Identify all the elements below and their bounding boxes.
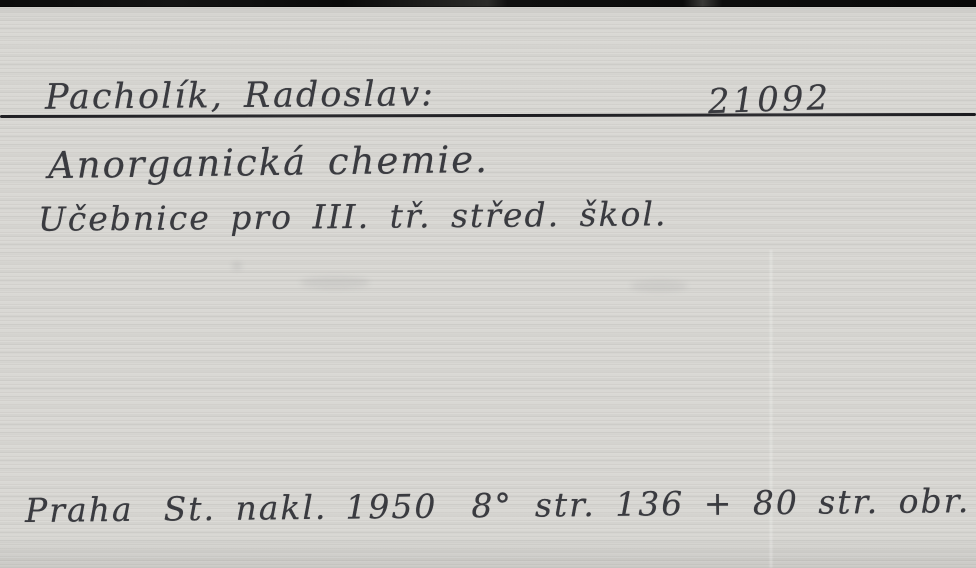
imprint-place: Praha: [25, 490, 134, 530]
imprint-pagination: str. 136 + 80 str. obr.: [535, 481, 971, 525]
book-subtitle: Učebnice pro III. tř. střed. škol.: [38, 194, 668, 238]
ghost-mark: [232, 262, 242, 270]
ghost-mark: [630, 280, 688, 292]
catalog-card: Pacholík, Radoslav: 21092 Anorganická ch…: [0, 0, 976, 568]
author-heading: Pacholík, Radoslav:: [45, 74, 435, 117]
scan-edge-top: [0, 0, 976, 7]
imprint-format: 8°: [471, 486, 513, 525]
imprint-publisher: St. nakl.: [163, 488, 327, 529]
ghost-mark: [300, 276, 370, 289]
book-title: Anorganická chemie.: [48, 138, 489, 187]
imprint-line: Praha St. nakl. 1950 8° str. 136 + 80 st…: [25, 481, 971, 530]
imprint-year: 1950: [345, 487, 437, 527]
